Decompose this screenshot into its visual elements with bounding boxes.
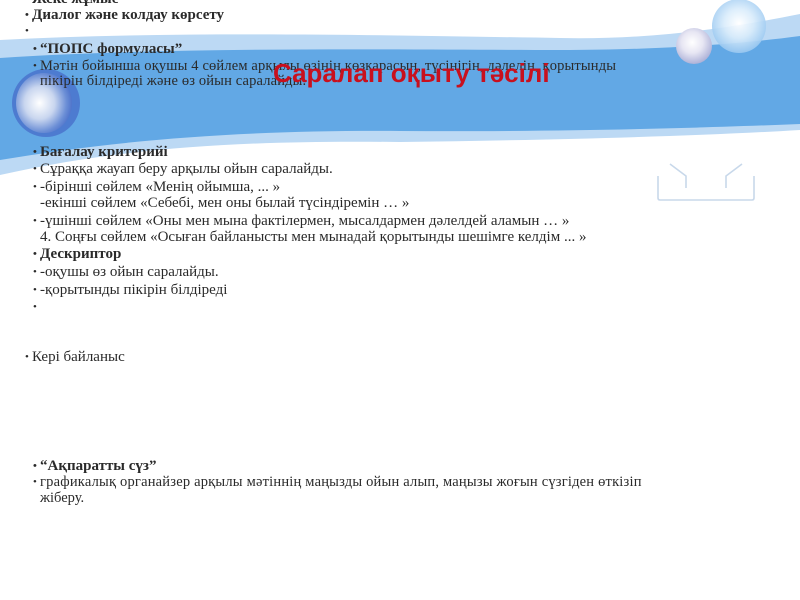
bullet-icon: •: [33, 213, 40, 230]
bullet-icon: •: [25, 23, 32, 40]
criteria-item: -екінші сөйлем «Себебі, мен оны былай тү…: [40, 195, 409, 212]
criteria-item: 4. Соңғы сөйлем «Осыған байланысты мен м…: [40, 229, 586, 246]
descriptor-heading: •Дескриптор: [33, 246, 121, 263]
empty-bullet-item: •: [25, 23, 32, 40]
info-body-line2: жіберу.: [40, 490, 84, 507]
bullet-icon: •: [33, 161, 40, 178]
descriptor-item: •-қорытынды пікірін білдіреді: [33, 282, 227, 299]
bullet-icon: •: [33, 299, 40, 316]
bullet-icon: •: [33, 58, 40, 75]
descriptor-item: •-оқушы өз ойын саралайды.: [33, 264, 219, 281]
bullet-icon: •: [33, 41, 40, 58]
pops-heading: •“ПОПС формуласы”: [33, 41, 182, 58]
bullet-icon: •: [33, 282, 40, 299]
bullet-icon: •: [33, 458, 40, 475]
criteria-item: •-бірінші сөйлем «Менің ойымша, ... »: [33, 179, 280, 196]
bullet-icon: •: [25, 349, 32, 366]
bullet-icon: •: [25, 7, 32, 24]
criteria-heading: •Бағалау критерийі: [33, 144, 168, 161]
slide-content: Жеке жұмыс •Диалог және колдау көрсету •…: [0, 0, 800, 600]
info-heading: •“Ақпаратты сүз”: [33, 458, 156, 475]
criteria-item: •Сұраққа жауап беру арқылы ойын саралайд…: [33, 161, 333, 178]
slide-title: Саралап оқыту тәсілі: [273, 58, 550, 88]
bullet-icon: •: [33, 144, 40, 161]
bullet-icon: •: [33, 264, 40, 281]
criteria-item: •-үшінші сөйлем «Оны мен мына фактілерме…: [33, 213, 569, 230]
pops-body-line2: пікірін білдіреді және өз ойын саралайды…: [40, 73, 306, 90]
bullet-icon: •: [33, 179, 40, 196]
feedback-item: •Кері байланыс: [25, 349, 125, 366]
dialog-text: Диалог және колдау көрсету: [32, 7, 224, 23]
descriptor-item: •: [33, 299, 40, 316]
presentation-slide: Саралап оқыту тәсілі Жеке жұмыс •Диалог …: [0, 0, 800, 600]
bullet-icon: •: [33, 246, 40, 263]
dialog-item: •Диалог және колдау көрсету: [25, 7, 224, 24]
info-body-line1: •графикалық органайзер арқылы мәтіннің м…: [33, 474, 642, 491]
bullet-icon: •: [33, 474, 40, 491]
